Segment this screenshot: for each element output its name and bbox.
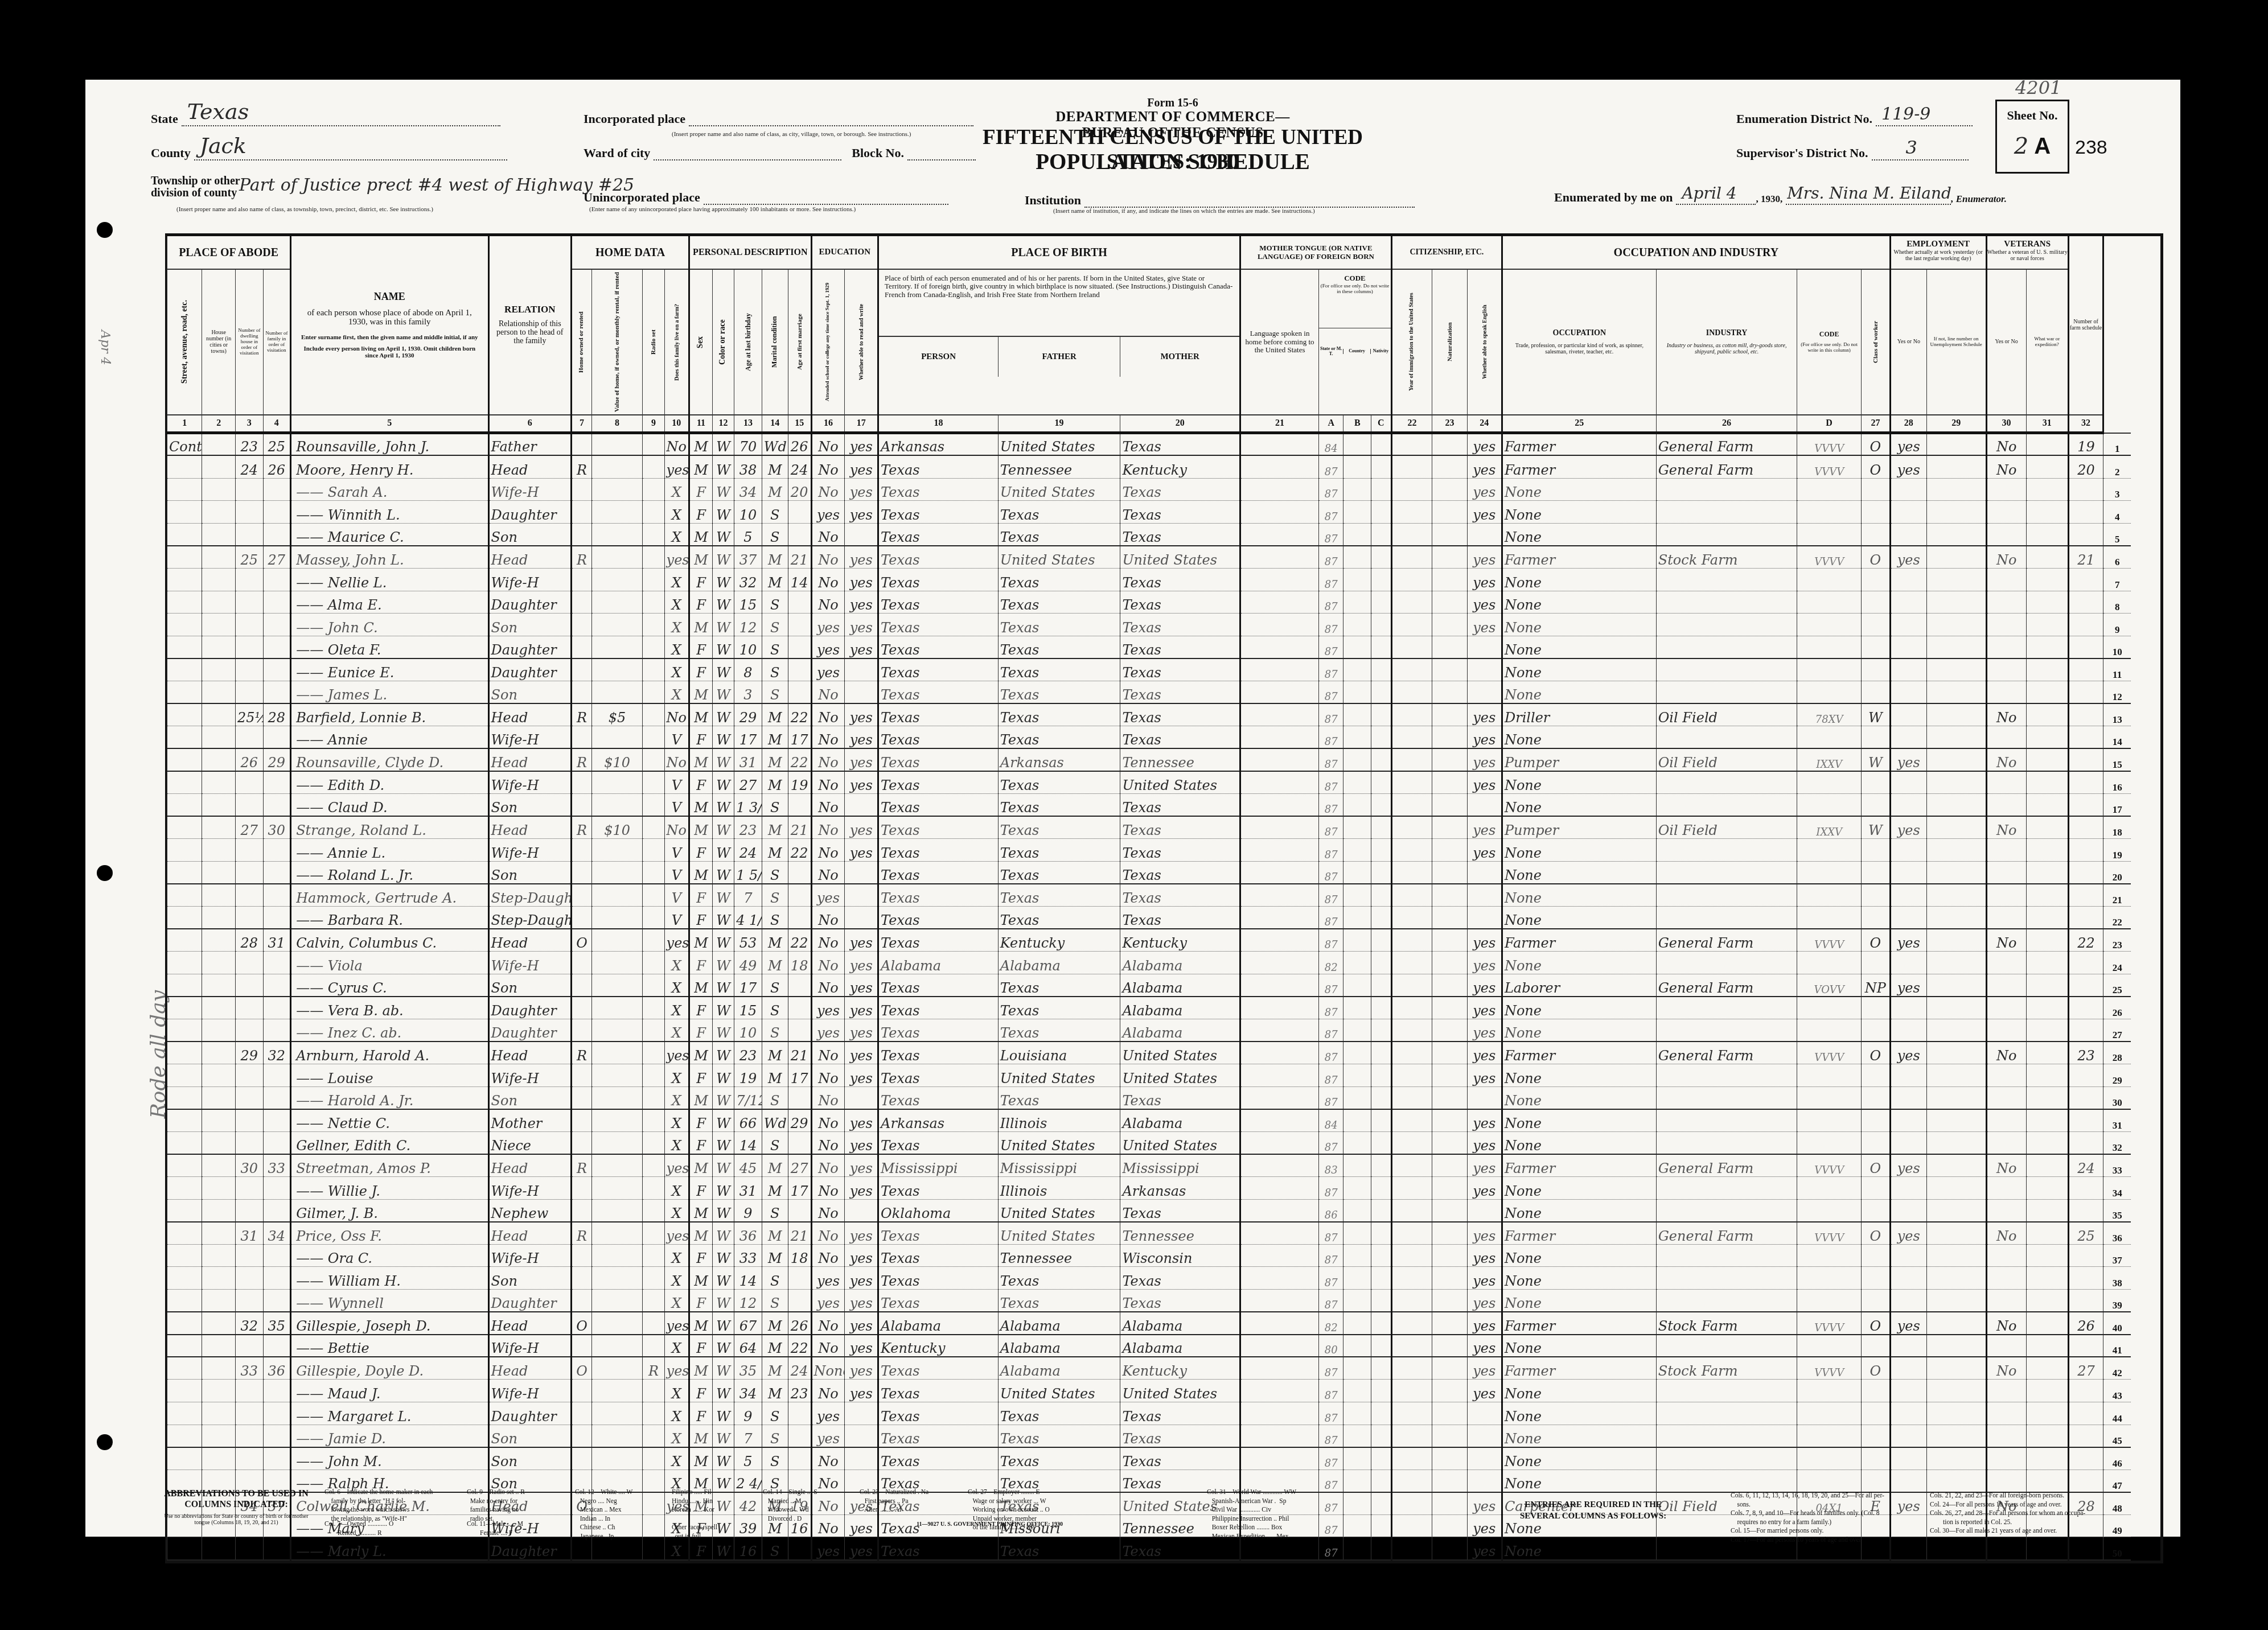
cell-farmsch — [2068, 771, 2103, 794]
cell-farm: X — [664, 1335, 689, 1357]
cell-age_marr — [788, 1267, 811, 1290]
cell-indcode — [1797, 771, 1861, 794]
cell-class — [1861, 636, 1890, 658]
cell-codeA: 87 — [1319, 658, 1343, 681]
cell-farm: yes — [664, 1312, 689, 1335]
cell-age_marr: 23 — [788, 1380, 811, 1402]
cell-birth: Texas — [878, 997, 999, 1019]
cell-emp: yes — [1890, 974, 1926, 997]
cell-natur — [1432, 1425, 1467, 1447]
abbreviations-note: Use no abbreviations for State or countr… — [159, 1513, 313, 1526]
cell-relation: Wife-H — [488, 568, 572, 591]
cell-natur — [1432, 636, 1467, 658]
cell-empline — [1926, 681, 1986, 703]
cell-farmsch — [2068, 1244, 2103, 1267]
cell-father: Alabama — [998, 952, 1120, 974]
cell-codeA: 87 — [1319, 546, 1343, 569]
cell-race: W — [712, 1335, 734, 1357]
cell-owned: R — [572, 748, 592, 771]
cell-age_marr — [788, 1425, 811, 1447]
cell-dwelling: 25 — [236, 546, 264, 569]
cell-read: yes — [845, 974, 878, 997]
col7-note: Col. 7—Owned ............ O Rented .....… — [324, 1520, 393, 1538]
cell-war — [2026, 1425, 2068, 1447]
cell-street — [167, 478, 202, 501]
cell-house — [202, 591, 236, 614]
cell-class: O — [1861, 1154, 1890, 1177]
cell-farmsch — [2068, 884, 2103, 907]
language-header: Language spoken in home before coming to… — [1240, 269, 1319, 415]
column-number: 20 — [1120, 415, 1240, 433]
cell-english: yes — [1467, 1289, 1502, 1312]
cell-codeC — [1371, 952, 1392, 974]
cell-immig — [1391, 1222, 1432, 1245]
cell-marital: S — [762, 523, 788, 546]
cell-marital: S — [762, 1537, 788, 1560]
cell-owned — [572, 1402, 592, 1425]
occupation-header: OCCUPATION Trade, profession, or particu… — [1502, 269, 1656, 415]
cell-house — [202, 1447, 236, 1470]
cell-family — [263, 884, 291, 907]
cell-indcode: 78XV — [1797, 703, 1861, 726]
cell-farmsch — [2068, 816, 2103, 839]
cell-value — [591, 1425, 642, 1447]
cell-value — [591, 1109, 642, 1132]
cell-codeA: 87 — [1319, 861, 1343, 884]
cell-war — [2026, 1402, 2068, 1425]
line-number: 45 — [2103, 1425, 2131, 1447]
cell-name: —— Nellie L. — [291, 568, 488, 591]
cell-farm: X — [664, 681, 689, 703]
cell-mother: Arkansas — [1120, 1176, 1240, 1199]
cell-race: W — [712, 1425, 734, 1447]
cell-read: yes — [845, 455, 878, 478]
cell-farmsch: 24 — [2068, 1154, 2103, 1177]
cell-empline — [1926, 1222, 1986, 1245]
cell-father: Texas — [998, 1289, 1120, 1312]
cell-empline — [1926, 658, 1986, 681]
cell-codeC — [1371, 1537, 1392, 1560]
cell-emp: yes — [1890, 1042, 1926, 1064]
cell-mother: Alabama — [1120, 1312, 1240, 1335]
cell-farmsch — [2068, 1109, 2103, 1132]
cell-relation: Wife-H — [488, 952, 572, 974]
cell-war — [2026, 1042, 2068, 1064]
cell-age_marr — [788, 1402, 811, 1425]
cell-read: yes — [845, 1312, 878, 1335]
cell-language — [1240, 1064, 1319, 1087]
cell-race: W — [712, 974, 734, 997]
cell-birth: Texas — [878, 861, 999, 884]
cell-immig — [1391, 523, 1432, 546]
cell-age: 36 — [734, 1222, 762, 1245]
cell-language — [1240, 884, 1319, 907]
cell-english: yes — [1467, 1222, 1502, 1245]
cell-farmsch — [2068, 1380, 2103, 1402]
cell-emp — [1890, 1357, 1926, 1380]
group-employment: EMPLOYMENT Whether actually at work yest… — [1890, 236, 1986, 269]
line-number: 42 — [2103, 1357, 2131, 1380]
owned-rented-header: Home owned or rented — [572, 269, 592, 415]
cell-owned: R — [572, 816, 592, 839]
cell-father: United States — [998, 1064, 1120, 1087]
cell-father: Texas — [998, 1086, 1120, 1109]
cell-read — [845, 523, 878, 546]
cell-mother: Texas — [1120, 861, 1240, 884]
cell-immig — [1391, 952, 1432, 974]
cell-name: —— Marly L. — [291, 1537, 488, 1560]
cell-read: yes — [845, 771, 878, 794]
cell-age: 31 — [734, 1176, 762, 1199]
cell-school: No — [811, 793, 845, 816]
cell-empline — [1926, 523, 1986, 546]
school-header: Attended school or college any time sinc… — [811, 269, 845, 415]
cell-owned — [572, 997, 592, 1019]
cell-empline — [1926, 1131, 1986, 1154]
cell-codeB — [1343, 523, 1371, 546]
cell-owned — [572, 793, 592, 816]
abbreviations-title: ABBREVIATIONS TO BE USED IN COLUMNS INDI… — [159, 1488, 313, 1510]
cell-dwelling — [236, 793, 264, 816]
cell-value — [591, 501, 642, 524]
cell-house — [202, 433, 236, 456]
cell-owned — [572, 1064, 592, 1087]
cell-name: —— Annie — [291, 726, 488, 749]
cell-indcode — [1797, 1064, 1861, 1087]
cell-relation: Wife-H — [488, 771, 572, 794]
cell-indcode — [1797, 1131, 1861, 1154]
cell-codeC — [1371, 861, 1392, 884]
cell-codeC — [1371, 1267, 1392, 1290]
cell-emp: yes — [1890, 1222, 1926, 1245]
cell-class: O — [1861, 1222, 1890, 1245]
cell-relation: Daughter — [488, 501, 572, 524]
cell-occupation: None — [1502, 771, 1656, 794]
cell-name: —— Inez C. ab. — [291, 1019, 488, 1042]
cell-owned — [572, 1335, 592, 1357]
cell-value — [591, 974, 642, 997]
cell-dwelling — [236, 1199, 264, 1222]
cell-value — [591, 1335, 642, 1357]
cell-indcode — [1797, 681, 1861, 703]
cell-school: No — [811, 1042, 845, 1064]
cell-war — [2026, 1086, 2068, 1109]
cell-immig — [1391, 1267, 1432, 1290]
cell-race: W — [712, 1199, 734, 1222]
cell-family — [263, 1176, 291, 1199]
cell-owned — [572, 884, 592, 907]
cell-emp — [1890, 1109, 1926, 1132]
cell-farmsch — [2068, 1537, 2103, 1560]
cell-vet — [1986, 636, 2026, 658]
cell-immig — [1391, 1176, 1432, 1199]
cell-father: Texas — [998, 884, 1120, 907]
cell-codeB — [1343, 1402, 1371, 1425]
cell-immig — [1391, 748, 1432, 771]
column-number: 4 — [263, 415, 291, 433]
cell-value — [591, 591, 642, 614]
cell-read: yes — [845, 1042, 878, 1064]
cell-language — [1240, 1176, 1319, 1199]
cell-value — [591, 1289, 642, 1312]
cell-sex: M — [689, 1222, 713, 1245]
cell-emp — [1890, 1244, 1926, 1267]
cell-emp: yes — [1890, 1154, 1926, 1177]
cell-relation: Head — [488, 1222, 572, 1245]
cell-street: Continued — [167, 433, 202, 456]
cell-mother: United States — [1120, 546, 1240, 569]
cell-radio — [643, 523, 664, 546]
cell-father: United States — [998, 1131, 1120, 1154]
cell-age_marr: 21 — [788, 816, 811, 839]
cell-codeC — [1371, 748, 1392, 771]
cell-sex: M — [689, 974, 713, 997]
cell-dwelling: 23 — [236, 433, 264, 456]
cell-codeA: 87 — [1319, 1244, 1343, 1267]
cell-immig — [1391, 1131, 1432, 1154]
cell-owned — [572, 906, 592, 929]
cell-owned — [572, 1086, 592, 1109]
cell-father: Texas — [998, 726, 1120, 749]
cell-emp: yes — [1890, 546, 1926, 569]
column-number: 9 — [643, 415, 664, 433]
cell-occupation: Pumper — [1502, 748, 1656, 771]
cell-english: yes — [1467, 726, 1502, 749]
incorporated-note: (Insert proper name and also name of cla… — [672, 131, 911, 138]
cell-age_marr — [788, 591, 811, 614]
cell-owned — [572, 861, 592, 884]
cell-empline — [1926, 1312, 1986, 1335]
cell-birth: Texas — [878, 1086, 999, 1109]
cell-value — [591, 1019, 642, 1042]
cell-language — [1240, 1312, 1319, 1335]
cell-codeC — [1371, 1199, 1392, 1222]
cell-occupation: None — [1502, 1289, 1656, 1312]
cell-codeC — [1371, 1357, 1392, 1380]
cell-birth: Texas — [878, 929, 999, 952]
cell-vet — [1986, 884, 2026, 907]
cell-age_marr: 22 — [788, 1335, 811, 1357]
cell-english: yes — [1467, 1267, 1502, 1290]
cell-farm: X — [664, 614, 689, 636]
cell-natur — [1432, 839, 1467, 862]
cell-english — [1467, 861, 1502, 884]
cell-radio — [643, 1289, 664, 1312]
cell-emp — [1890, 1335, 1926, 1357]
cell-mother: Texas — [1120, 1425, 1240, 1447]
cell-marital: M — [762, 748, 788, 771]
cell-age: 8 — [734, 658, 762, 681]
cell-codeA: 82 — [1319, 952, 1343, 974]
cell-indcode — [1797, 478, 1861, 501]
cell-mother: Texas — [1120, 1402, 1240, 1425]
cell-codeC — [1371, 1042, 1392, 1064]
cell-father: Alabama — [998, 1335, 1120, 1357]
cell-age: 10 — [734, 501, 762, 524]
cell-street — [167, 1222, 202, 1245]
cell-mother: United States — [1120, 1064, 1240, 1087]
cell-natur — [1432, 1131, 1467, 1154]
cell-natur — [1432, 997, 1467, 1019]
cell-father: Texas — [998, 636, 1120, 658]
cell-mother: Texas — [1120, 726, 1240, 749]
cell-farmsch — [2068, 1131, 2103, 1154]
cell-farm: X — [664, 501, 689, 524]
group-personal-description: PERSONAL DESCRIPTION — [689, 236, 812, 269]
cell-age: 14 — [734, 1267, 762, 1290]
cell-radio — [643, 433, 664, 456]
cell-age_marr — [788, 1086, 811, 1109]
cell-codeB — [1343, 861, 1371, 884]
line-number: 14 — [2103, 726, 2131, 749]
cell-occupation: None — [1502, 591, 1656, 614]
cell-immig — [1391, 1380, 1432, 1402]
cell-sex: F — [689, 658, 713, 681]
cell-birth: Texas — [878, 1176, 999, 1199]
cell-read: yes — [845, 1154, 878, 1177]
cell-birth: Alabama — [878, 1312, 999, 1335]
cell-farm: No — [664, 748, 689, 771]
cell-occupation: None — [1502, 1447, 1656, 1470]
cell-radio — [643, 748, 664, 771]
cell-age_marr — [788, 861, 811, 884]
cell-name: Rounsaville, John J. — [291, 433, 488, 456]
cell-language — [1240, 1222, 1319, 1245]
cell-house — [202, 1199, 236, 1222]
cell-owned — [572, 568, 592, 591]
cell-farmsch — [2068, 1086, 2103, 1109]
cell-birth: Texas — [878, 748, 999, 771]
cell-war — [2026, 703, 2068, 726]
cell-dwelling — [236, 952, 264, 974]
cell-war — [2026, 771, 2068, 794]
cell-family — [263, 681, 291, 703]
cell-radio — [643, 771, 664, 794]
cell-age: 12 — [734, 1289, 762, 1312]
cell-war — [2026, 1289, 2068, 1312]
cell-farmsch — [2068, 523, 2103, 546]
cell-house — [202, 478, 236, 501]
cell-indcode: VVVV — [1797, 433, 1861, 456]
cell-relation: Head — [488, 1042, 572, 1064]
table-row: —— James L.SonXMW3SNoTexasTexasTexas87No… — [167, 681, 2160, 703]
cell-codeC — [1371, 974, 1392, 997]
cell-natur — [1432, 523, 1467, 546]
group-veterans: VETERANS Whether a veteran of U. S. mili… — [1986, 236, 2068, 269]
cell-street — [167, 1154, 202, 1177]
population-table: PLACE OF ABODE NAME of each person whose… — [165, 233, 2163, 1563]
cell-codeB — [1343, 1447, 1371, 1470]
cell-school: yes — [811, 636, 845, 658]
table-row: Continued2325Rounsaville, John J.FatherN… — [167, 433, 2160, 456]
cell-codeC — [1371, 839, 1392, 862]
cell-codeB — [1343, 568, 1371, 591]
cell-relation: Daughter — [488, 636, 572, 658]
cell-relation: Head — [488, 703, 572, 726]
cell-war — [2026, 1222, 2068, 1245]
required-entries-2: Cols. 21, 22, and 23—For all foreign-bor… — [1930, 1492, 2085, 1536]
cell-birth: Texas — [878, 681, 999, 703]
group-occupation-industry: OCCUPATION AND INDUSTRY — [1502, 236, 1890, 269]
cell-codeC — [1371, 478, 1392, 501]
cell-occupation: None — [1502, 1199, 1656, 1222]
cell-farm: X — [664, 997, 689, 1019]
cell-school: yes — [811, 1425, 845, 1447]
cell-owned: R — [572, 703, 592, 726]
cell-marital: M — [762, 455, 788, 478]
cell-farmsch — [2068, 1289, 2103, 1312]
cell-codeC — [1371, 997, 1392, 1019]
cell-house — [202, 952, 236, 974]
cell-relation: Nephew — [488, 1199, 572, 1222]
cell-read — [845, 1199, 878, 1222]
cell-radio — [643, 1425, 664, 1447]
cell-codeA: 87 — [1319, 1402, 1343, 1425]
corner-number: 4201 — [2015, 77, 2061, 98]
cell-immig — [1391, 681, 1432, 703]
cell-name: —— Oleta F. — [291, 636, 488, 658]
cell-school: No — [811, 433, 845, 456]
cell-age: 19 — [734, 1064, 762, 1087]
cell-race: W — [712, 1289, 734, 1312]
cell-value — [591, 681, 642, 703]
cell-family — [263, 1402, 291, 1425]
cell-age: 15 — [734, 591, 762, 614]
cell-marital: S — [762, 884, 788, 907]
cell-school: No — [811, 1447, 845, 1470]
cell-immig — [1391, 906, 1432, 929]
cell-empline — [1926, 861, 1986, 884]
cell-age: 9 — [734, 1199, 762, 1222]
line-number-header — [2103, 236, 2131, 433]
cell-occupation: Farmer — [1502, 1312, 1656, 1335]
column-number: 22 — [1391, 415, 1432, 433]
cell-relation: Wife-H — [488, 1176, 572, 1199]
line-number: 19 — [2103, 839, 2131, 862]
line-number: 27 — [2103, 1019, 2131, 1042]
cell-radio — [643, 997, 664, 1019]
table-row: —— John M.SonXMW5SNoTexasTexasTexas87Non… — [167, 1447, 2160, 1470]
cell-industry — [1656, 1086, 1797, 1109]
cell-birth: Texas — [878, 614, 999, 636]
cell-school: No — [811, 1335, 845, 1357]
cell-radio — [643, 1312, 664, 1335]
cell-farmsch — [2068, 1267, 2103, 1290]
cell-age: 15 — [734, 997, 762, 1019]
cell-house — [202, 501, 236, 524]
cell-family — [263, 1019, 291, 1042]
cell-name: Massey, John L. — [291, 546, 488, 569]
cell-empline — [1926, 952, 1986, 974]
cell-farm: yes — [664, 1357, 689, 1380]
cell-marital: M — [762, 703, 788, 726]
cell-occupation: None — [1502, 1244, 1656, 1267]
cell-radio — [643, 568, 664, 591]
cell-relation: Step-Daughter — [488, 884, 572, 907]
cell-read: yes — [845, 929, 878, 952]
cell-street — [167, 1447, 202, 1470]
cell-english: yes — [1467, 974, 1502, 997]
cell-codeB — [1343, 726, 1371, 749]
line-number: 26 — [2103, 997, 2131, 1019]
cell-codeA: 87 — [1319, 1537, 1343, 1560]
cell-relation: Head — [488, 929, 572, 952]
cell-occupation: None — [1502, 1131, 1656, 1154]
cell-mother: Tennessee — [1120, 748, 1240, 771]
cell-street — [167, 501, 202, 524]
cell-codeB — [1343, 501, 1371, 524]
cell-value — [591, 455, 642, 478]
